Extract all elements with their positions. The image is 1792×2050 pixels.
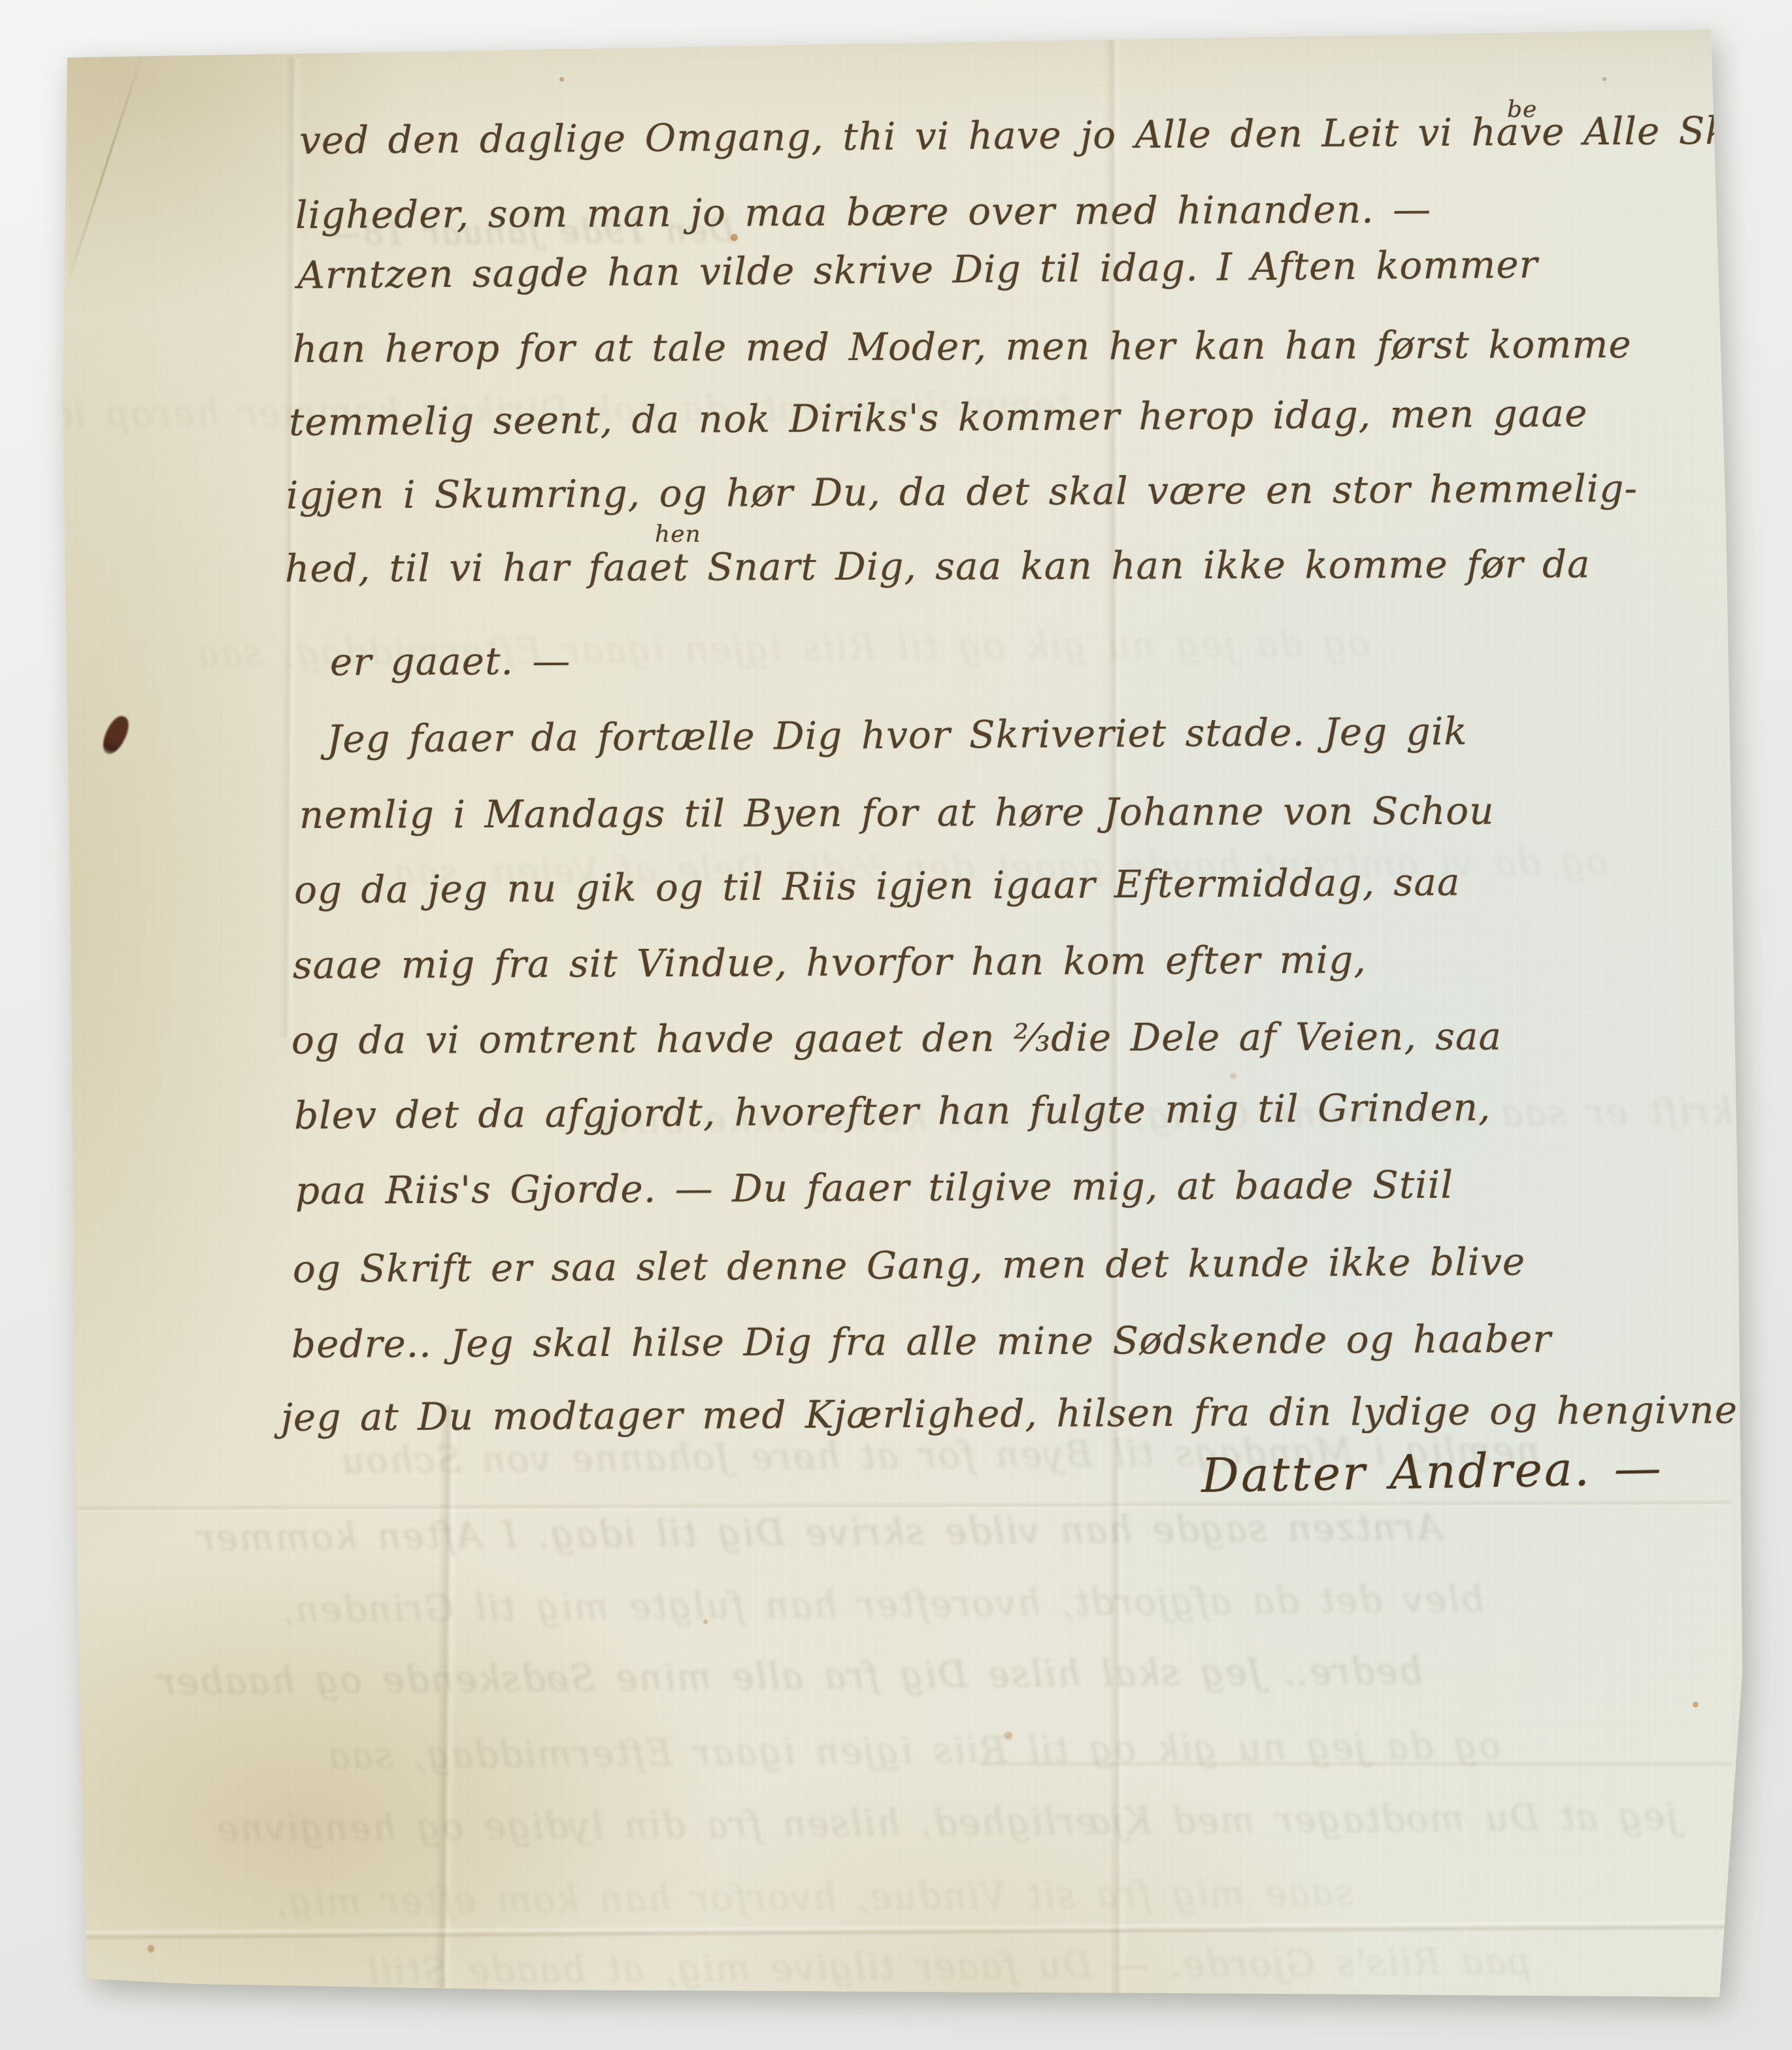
letter-line-10: nemlig i Mandags til Byen for at høre Jo…	[299, 792, 1495, 834]
letter-line-5: temmelig seent, da nok Diriks's kommer h…	[289, 394, 1588, 441]
foxing-spot	[731, 234, 738, 241]
foxing-spot	[1693, 1702, 1699, 1708]
showthrough-line: og da jeg nu gik og til Riis igjen igaar…	[327, 1728, 1501, 1775]
letter-line-14: blev det da afgjordt, hvorefter han fulg…	[294, 1088, 1491, 1134]
letter-line-6: igjen i Skumring, og hør Du, da det skal…	[286, 469, 1638, 514]
letter-line-12: saae mig fra sit Vindue, hvorfor han kom…	[293, 940, 1367, 984]
foxing-spot	[1230, 1073, 1236, 1079]
showthrough-line: blev det da afgjordt, hvorefter han fulg…	[281, 1581, 1485, 1628]
showthrough-line: Arntzen sagde han vilde skrive Dig til i…	[196, 1510, 1443, 1557]
letter-line-1-superscript: be	[1507, 98, 1537, 122]
letter-line-13: og da vi omtrent havde gaaet den ⅔die De…	[291, 1017, 1502, 1059]
letter-line-7: hed, til vi har faaet Snart Dig, saa kan…	[285, 545, 1591, 587]
letter-line-1: ved den daglige Omgang, thi vi have jo A…	[299, 111, 1792, 159]
letter-line-18: jeg at Du modtager med Kjærlighed, hilse…	[281, 1391, 1738, 1436]
letter-line-3: Arntzen sagde han vilde skrive Dig til i…	[297, 245, 1538, 294]
letter-line-16: og Skrift er saa slet denne Gang, men de…	[293, 1242, 1526, 1288]
signature: Datter Andrea. —	[1201, 1444, 1663, 1499]
showthrough-line: bedre.. Jeg skal hilse Dig fra alle mine…	[157, 1653, 1423, 1701]
letter-sheet: Den 19de Januar 18— temmelig seent, da n…	[0, 0, 1792, 2050]
photo-of-letter: { "document": { "kind": "handwritten let…	[0, 0, 1792, 2050]
letter-sheet-wrapper: Den 19de Januar 18— temmelig seent, da n…	[0, 0, 1792, 2050]
foxing-spot	[1602, 77, 1606, 81]
letter-line-11: og da jeg nu gik og til Riis igjen igaar…	[294, 863, 1461, 909]
foxing-spot	[1004, 1732, 1012, 1740]
letter-line-2: ligheder, som man jo maa bære over med h…	[295, 190, 1431, 234]
letter-line-7-inserted-word: hen	[655, 523, 701, 546]
letter-line-9: Jeg faaer da fortælle Dig hvor Skriverie…	[327, 712, 1468, 758]
showthrough-line: saae mig fra sit Vindue, hvorfor han kom…	[274, 1875, 1353, 1921]
foxing-spot	[559, 77, 564, 82]
foxing-spot	[148, 1945, 154, 1953]
letter-line-17: bedre.. Jeg skal hilse Dig fra alle mine…	[291, 1320, 1551, 1363]
letter-line-4: han herop for at tale med Moder, men her…	[293, 325, 1632, 368]
showthrough-line: paa Riis's Gjorde. — Du faaer tilgive mi…	[366, 1943, 1531, 1991]
foxing-spot	[703, 1619, 708, 1624]
letter-line-8: er gaaet. —	[330, 642, 571, 681]
letter-line-15: paa Riis's Gjorde. — Du faaer tilgive mi…	[295, 1166, 1453, 1210]
